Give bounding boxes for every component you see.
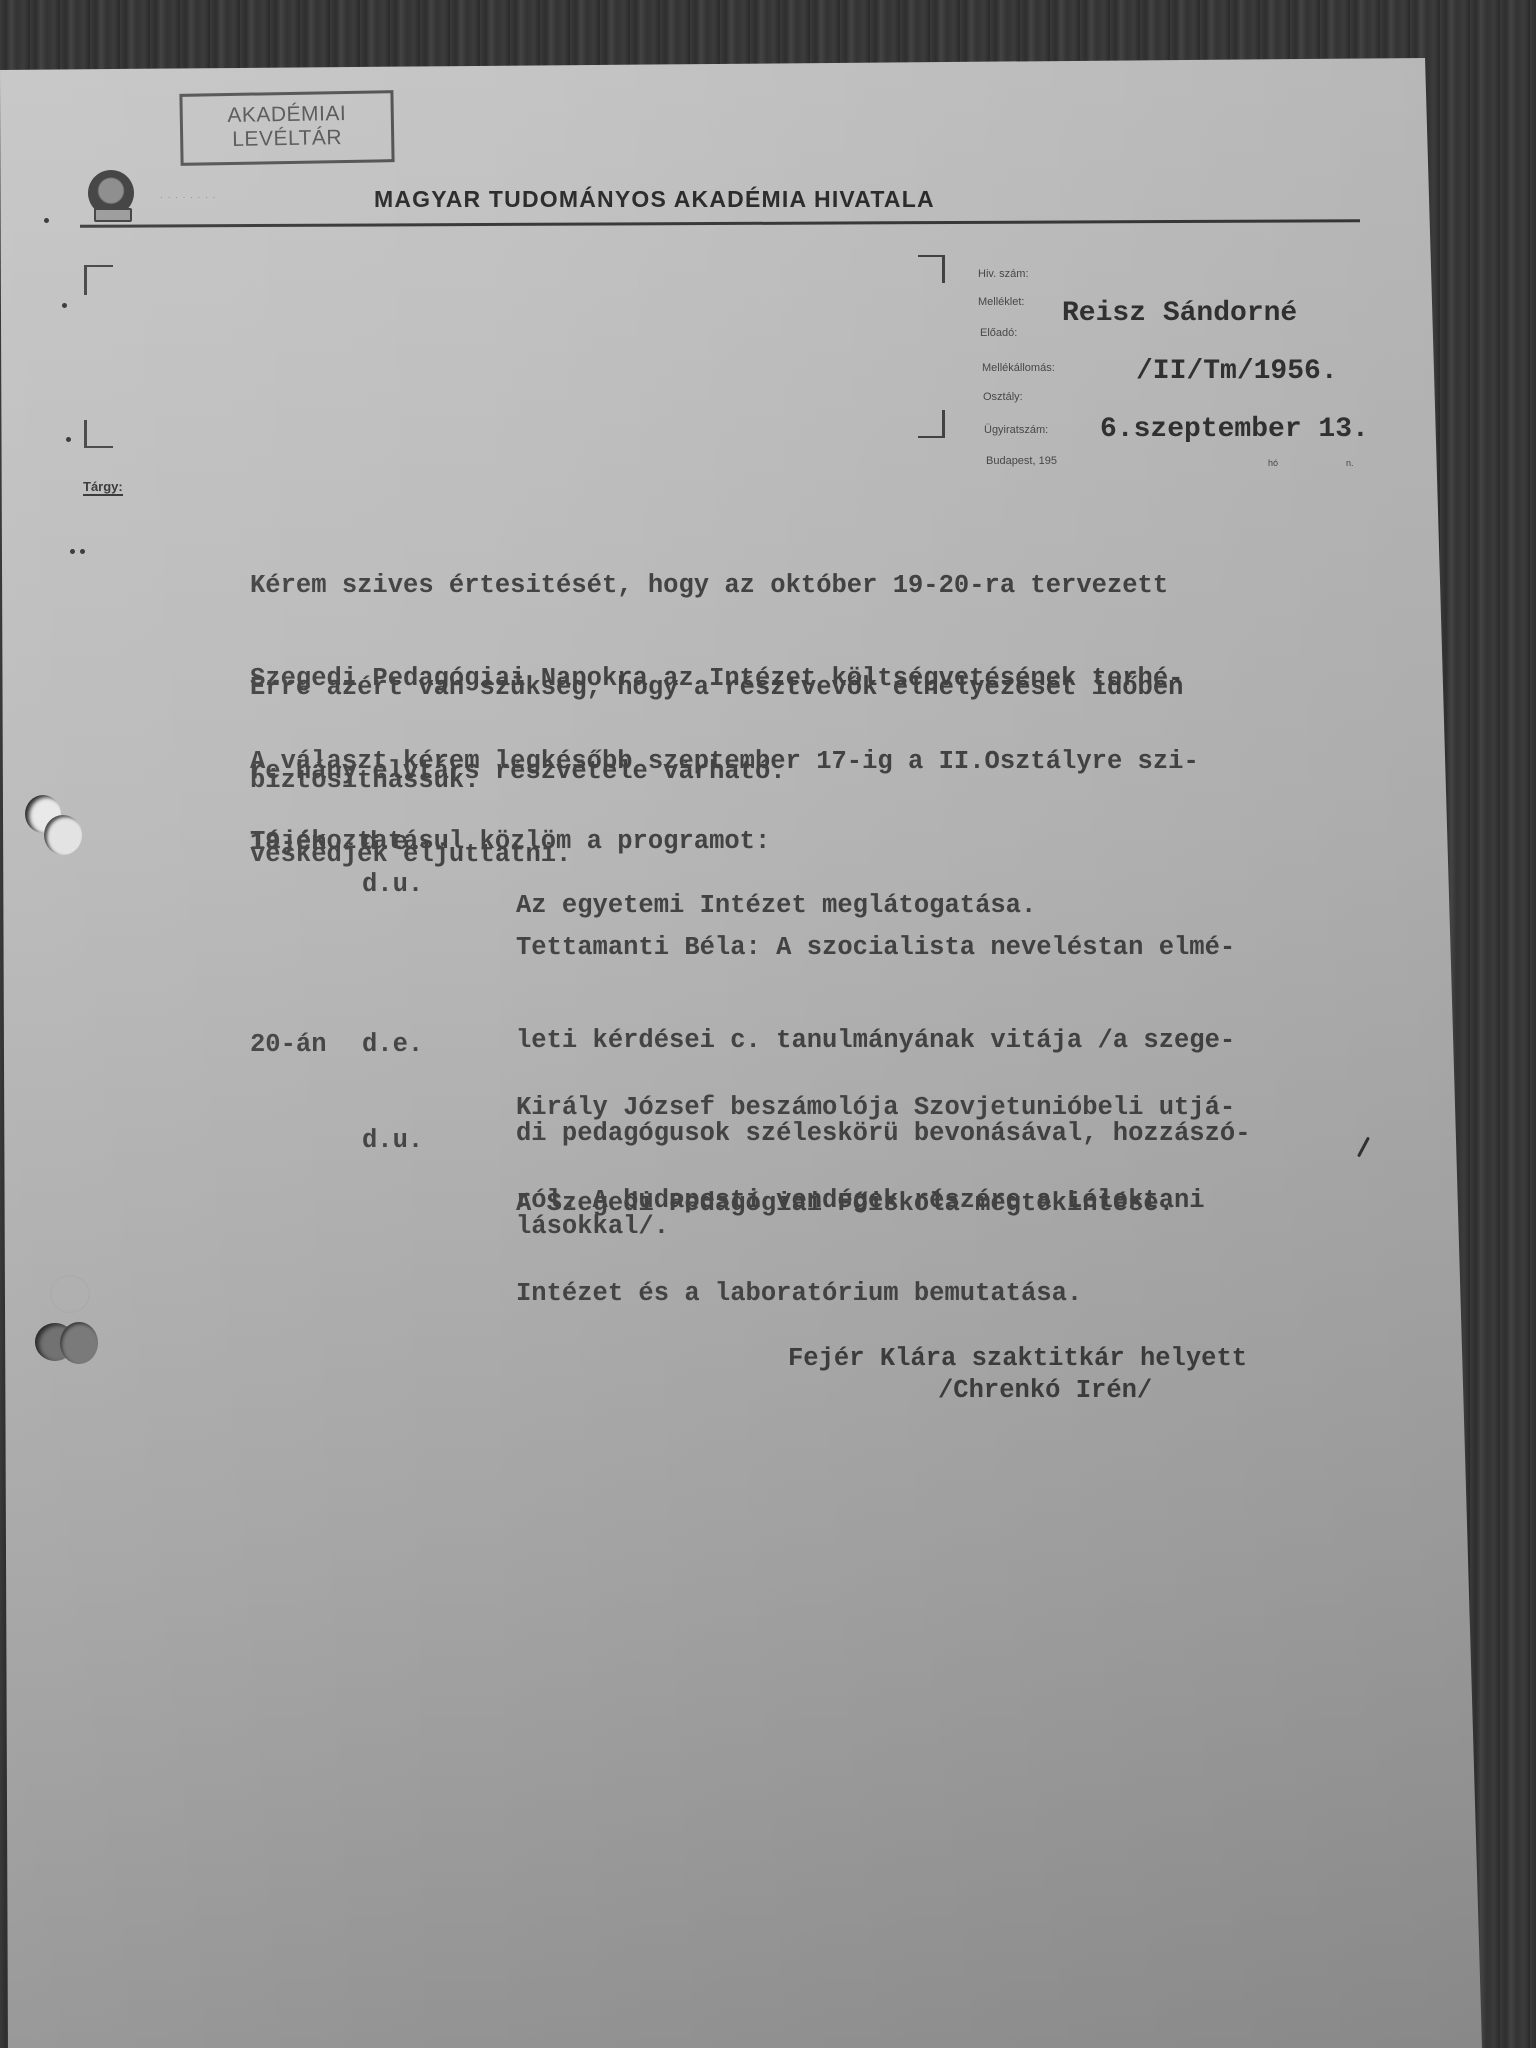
archive-stamp: AKADÉMIAI LEVÉLTÁR (179, 90, 394, 166)
program-time: d.e. (362, 828, 423, 857)
field-value-date: 6.szeptember 13. (1100, 414, 1369, 445)
text-line: Az egyetemi Intézet meglátogatása. (516, 890, 1036, 921)
letterhead-title: MAGYAR TUDOMÁNYOS AKADÉMIA HIVATALA (374, 186, 935, 213)
signature-line-2: /Chrenkó Irén/ (938, 1376, 1152, 1405)
text-line: leti kérdései c. tanulmányának vitája /a… (516, 1025, 1251, 1056)
body-paragraph-4: Tájékoztatásul közlöm a programot: (250, 764, 770, 919)
field-label-eloado: Előadó: (980, 327, 1017, 339)
text-line: lásokkal/. (516, 1211, 1251, 1242)
stamp-line-1: AKADÉMIAI (183, 101, 391, 129)
punch-hole-faint (50, 1275, 90, 1313)
program-item-3: Király József beszámolója Szovjetunióbel… (516, 1030, 1235, 1371)
program-time: d.u. (362, 1126, 423, 1155)
subject-label: Tárgy: (83, 480, 123, 496)
text-line: Tájékoztatásul közlöm a programot: (250, 826, 770, 857)
address-bracket-bottom-left (84, 420, 113, 448)
punch-hole (60, 1322, 98, 1364)
signature-line-1: Fejér Klára szaktitkár helyett (788, 1344, 1247, 1373)
text-line: ról. A budapesti vendégek részére a Léle… (516, 1185, 1235, 1216)
text-line: Tettamanti Béla: A szocialista nevelésta… (516, 932, 1251, 963)
field-label-ho: hó (1268, 458, 1278, 468)
faint-stamp-mark: · · · · · · · · (160, 192, 216, 202)
field-value-eloado: Reisz Sándorné (1062, 298, 1297, 329)
text-line: Kérem szives értesitését, hogy az októbe… (250, 570, 1183, 601)
text-line: Intézet és a laboratórium bemutatása. (516, 1278, 1235, 1309)
text-line: A választ kérem legkésőbb szeptember 17-… (250, 746, 1199, 777)
coat-of-arms-icon (88, 170, 134, 216)
program-item-4: A Szegedi Pedagógiai Főiskola megtekinté… (516, 1126, 1174, 1281)
field-label-mellekallomas: Mellékállomás: (982, 362, 1055, 374)
punch-hole (44, 815, 82, 855)
text-line: A Szegedi Pedagógiai Főiskola megtekinté… (516, 1188, 1174, 1219)
text-line: di pedagógusok széleskörü bevonásával, h… (516, 1118, 1251, 1149)
text-line: re hány elvtárs részvétele várható. (250, 756, 1183, 787)
punch-hole (25, 795, 61, 833)
field-label-nap: n. (1346, 458, 1354, 468)
body-paragraph-1: Kérem szives értesitését, hogy az októbe… (250, 508, 1183, 849)
field-label-ugyiratszam: Ügyiratszám: (984, 424, 1048, 436)
field-value-ugyiratszam: /II/Tm/1956. (1136, 356, 1338, 387)
text-line: Szegedi Pedagógiai Napokra az Intézet kö… (250, 663, 1183, 694)
program-time: d.e. (362, 1030, 423, 1059)
punch-hole (35, 1323, 75, 1361)
text-line: Király József beszámolója Szovjetunióbel… (516, 1092, 1235, 1123)
text-line: Erre azért van szükség, hogy a résztvevő… (250, 672, 1183, 703)
body-paragraph-2: Erre azért van szükség, hogy a résztvevő… (250, 610, 1183, 858)
program-day-19: 19-én (250, 828, 327, 857)
address-bracket-top-right (918, 255, 945, 283)
field-label-budapest: Budapest, 195 (986, 455, 1057, 467)
program-time: d.u. (362, 870, 423, 899)
program-item-1: Az egyetemi Intézet meglátogatása. (516, 828, 1036, 983)
program-day-20: 20-án (250, 1030, 327, 1059)
text-line: veskedjék eljuttatni. (250, 839, 1199, 870)
document-page: AKADÉMIAI LEVÉLTÁR · · · · · · · · MAGYA… (0, 0, 1536, 2048)
speck (44, 218, 49, 223)
text-line: biztosithassuk. (250, 765, 1183, 796)
address-bracket-bottom-right (918, 410, 945, 438)
letterhead-rule (80, 219, 1360, 228)
speck (70, 549, 75, 554)
field-label-melleklet: Melléklet: (978, 296, 1024, 308)
address-bracket-top-left (84, 265, 113, 295)
program-item-2: Tettamanti Béla: A szocialista nevelésta… (516, 870, 1251, 1304)
field-label-osztaly: Osztály: (983, 391, 1023, 403)
speck (66, 437, 71, 442)
body-paragraph-3: A választ kérem legkésőbb szeptember 17-… (250, 684, 1199, 932)
speck (62, 303, 67, 308)
speck (80, 549, 85, 554)
stamp-line-2: LEVÉLTÁR (183, 125, 391, 153)
field-label-hiv-szam: Hiv. szám: (978, 268, 1029, 280)
pen-mark (1357, 1137, 1370, 1158)
